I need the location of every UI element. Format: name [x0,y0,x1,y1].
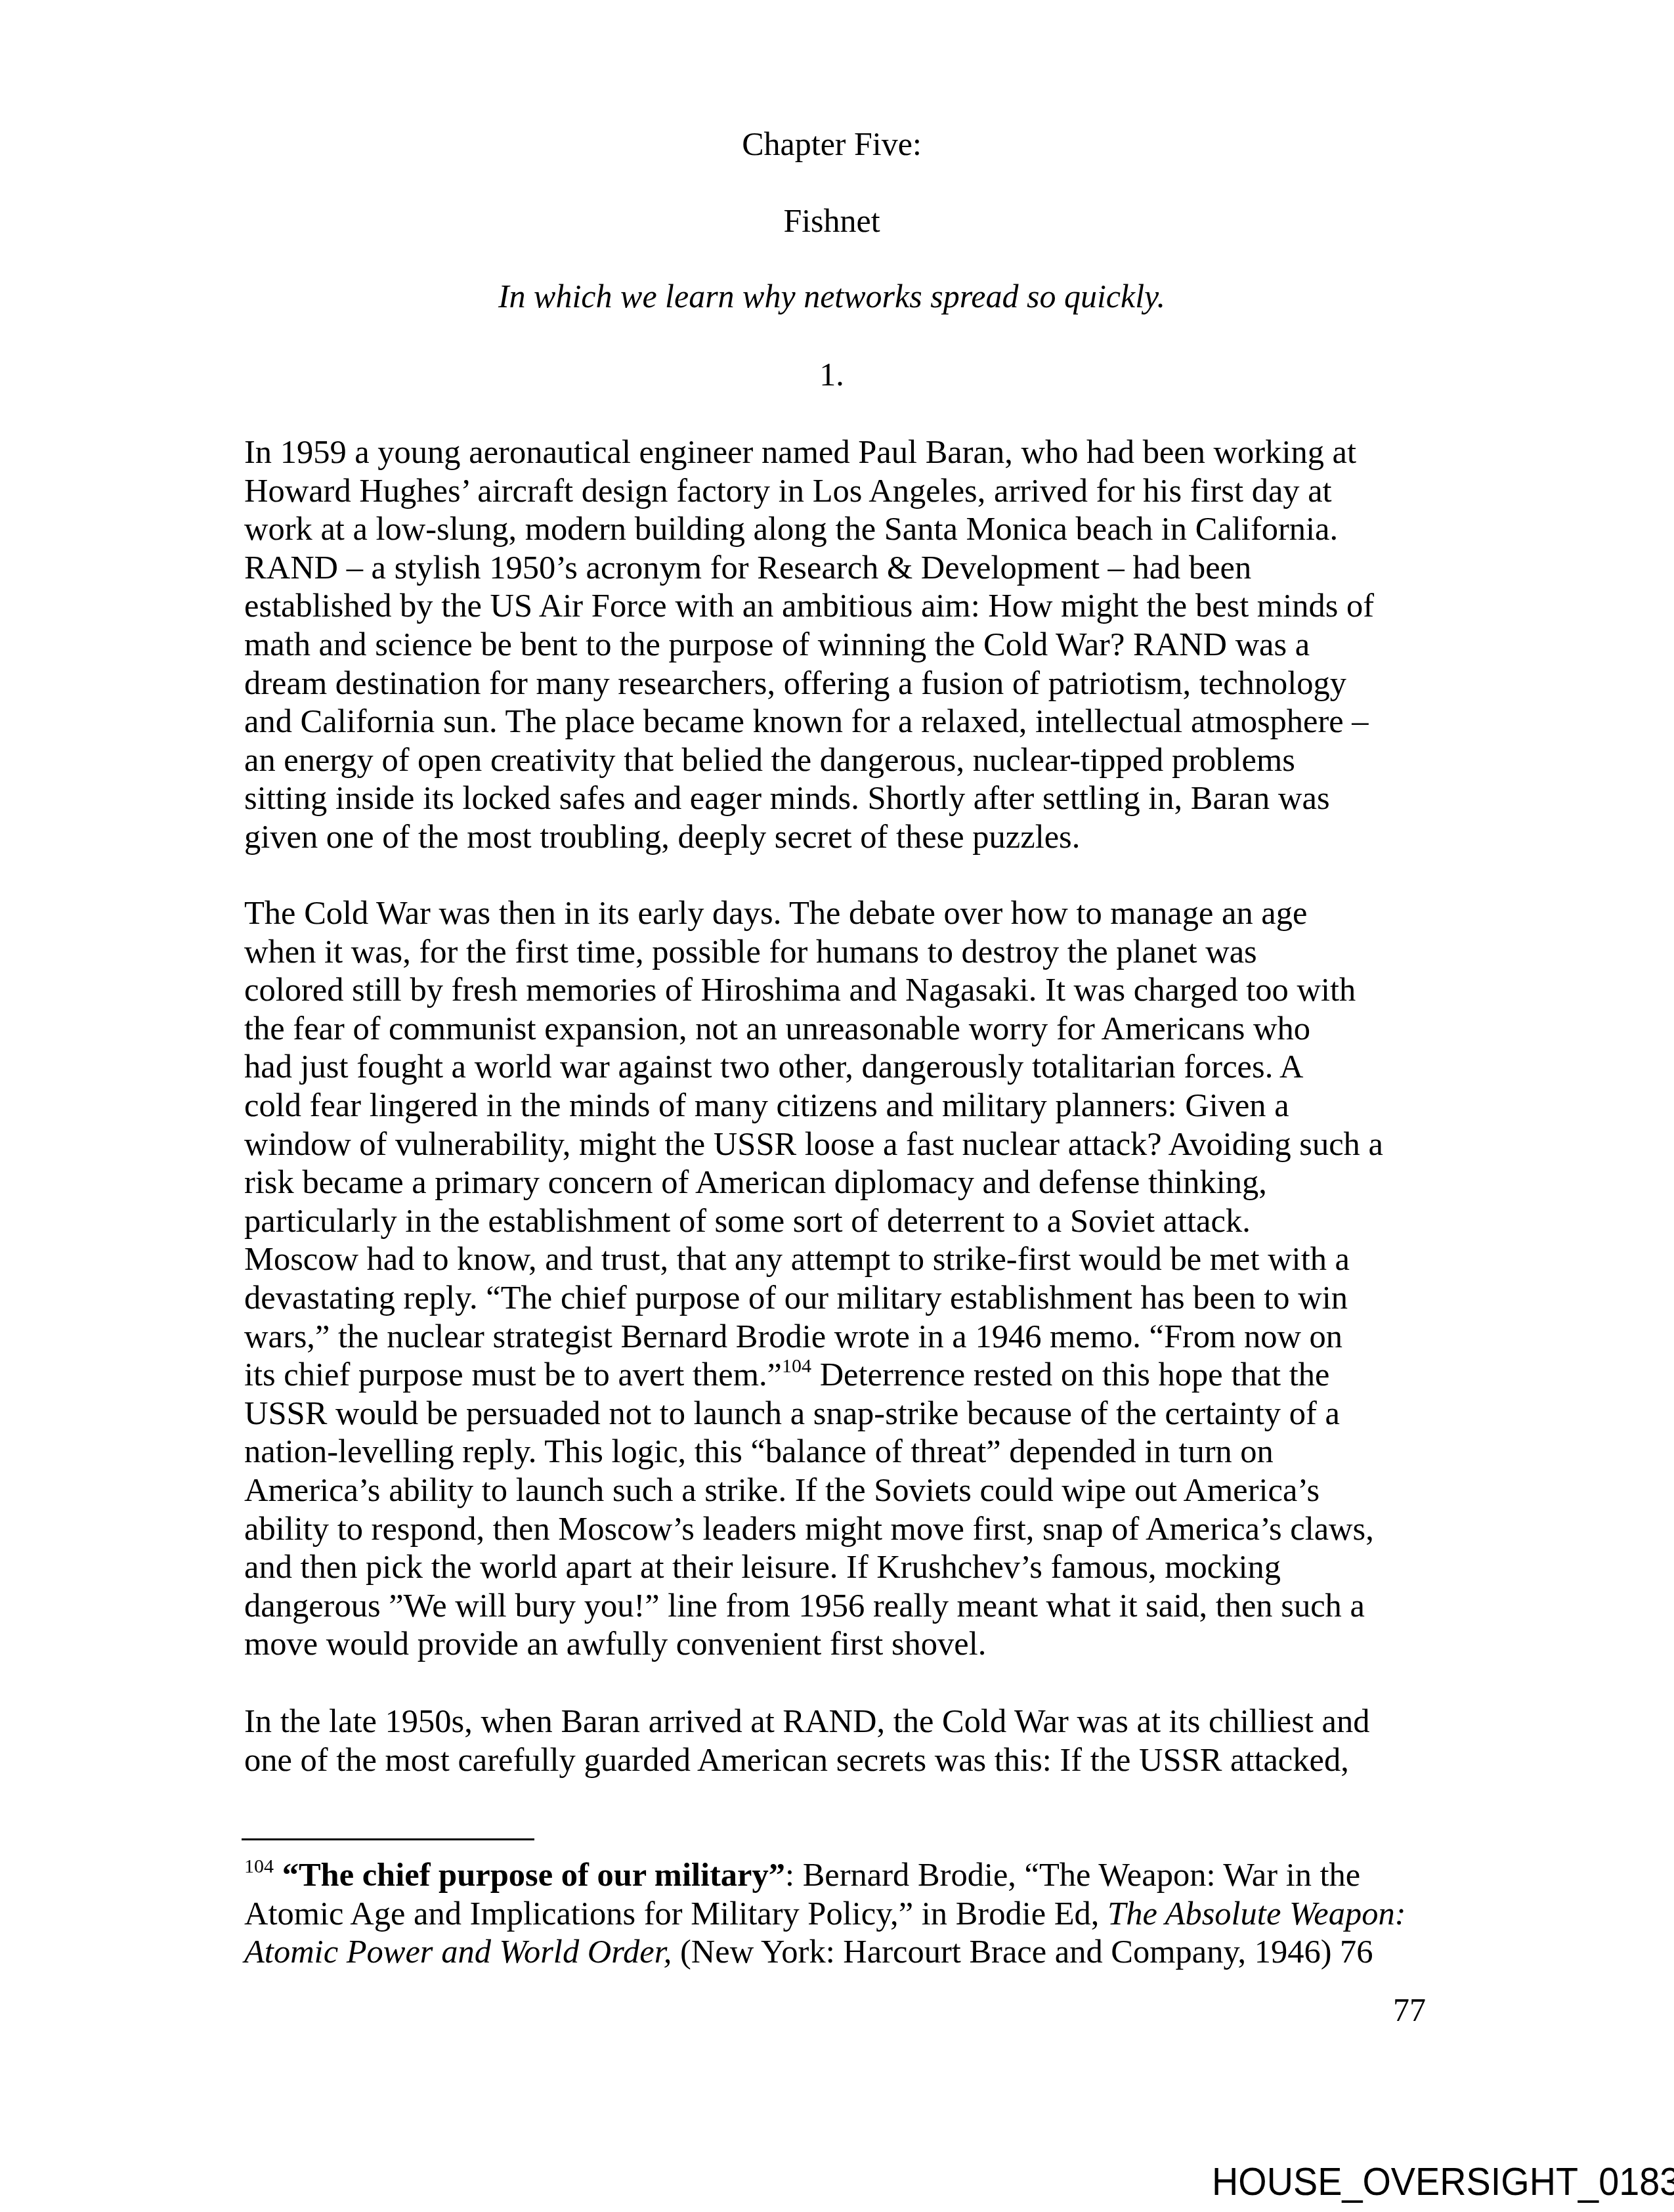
text-line: an energy of open creativity that belied… [244,741,1426,779]
chapter-title: Fishnet [244,202,1419,240]
text-line: move would provide an awfully convenient… [244,1624,1426,1663]
text-line: sitting inside its locked safes and eage… [244,779,1426,817]
chapter-label: Chapter Five: [244,125,1419,163]
footnote-text: : Bernard Brodie, “The Weapon: War in th… [785,1856,1360,1893]
text-line: The Cold War was then in its early days.… [244,894,1426,932]
text-line: window of vulnerability, might the USSR … [244,1125,1426,1163]
document-page: Chapter Five: Fishnet In which we learn … [0,0,1674,2212]
footnote-line: Atomic Power and World Order, (New York:… [244,1932,1426,1971]
text-line: dangerous ”We will bury you!” line from … [244,1586,1426,1625]
footnote-line: 104 “The chief purpose of our military”:… [244,1855,1426,1894]
text-line: In 1959 a young aeronautical engineer na… [244,433,1426,471]
paragraph: In 1959 a young aeronautical engineer na… [244,433,1426,856]
text-line: RAND – a stylish 1950’s acronym for Rese… [244,548,1426,587]
text-line: when it was, for the first time, possibl… [244,932,1426,971]
footnote-book-title: The Absolute Weapon: [1107,1895,1406,1932]
footnote-text: (New York: Harcourt Brace and Company, 1… [672,1933,1373,1970]
text-line: nation-levelling reply. This logic, this… [244,1432,1426,1471]
text-line: America’s ability to launch such a strik… [244,1471,1426,1509]
text-line: risk became a primary concern of America… [244,1163,1426,1202]
text-line: one of the most carefully guarded Americ… [244,1741,1426,1779]
chapter-subtitle: In which we learn why networks spread so… [244,277,1419,315]
text-line: wars,” the nuclear strategist Bernard Br… [244,1317,1426,1356]
text-line: math and science be bent to the purpose … [244,625,1426,664]
text-segment: its chief purpose must be to avert them.… [244,1356,782,1393]
text-line: the fear of communist expansion, not an … [244,1009,1426,1048]
text-line: USSR would be persuaded not to launch a … [244,1394,1426,1433]
footnotes: 104 “The chief purpose of our military”:… [244,1855,1426,1971]
footnote-separator [242,1838,534,1840]
text-line: and then pick the world apart at their l… [244,1548,1426,1586]
text-line: particularly in the establishment of som… [244,1202,1426,1240]
text-line: Howard Hughes’ aircraft design factory i… [244,471,1426,510]
text-line: Moscow had to know, and trust, that any … [244,1240,1426,1278]
text-line: established by the US Air Force with an … [244,586,1426,625]
text-line: devastating reply. “The chief purpose of… [244,1278,1426,1317]
text-line: colored still by fresh memories of Hiros… [244,970,1426,1009]
bates-stamp: HOUSE_OVERSIGHT_018309 [1212,2160,1627,2203]
paragraph: In the late 1950s, when Baran arrived at… [244,1702,1426,1779]
text-line: work at a low-slung, modern building alo… [244,510,1426,548]
text-line: ability to respond, then Moscow’s leader… [244,1509,1426,1548]
text-line: In the late 1950s, when Baran arrived at… [244,1702,1426,1741]
footnote-reference-link[interactable]: 104 [782,1355,811,1377]
footnote-104: 104 “The chief purpose of our military”:… [244,1855,1426,1971]
paragraph: The Cold War was then in its early days.… [244,894,1426,1663]
text-line: had just fought a world war against two … [244,1047,1426,1086]
text-line: cold fear lingered in the minds of many … [244,1086,1426,1125]
text-line: and California sun. The place became kno… [244,702,1426,741]
footnote-book-title: Atomic Power and World Order, [244,1933,672,1970]
section-number: 1. [244,355,1419,393]
text-line: dream destination for many researchers, … [244,664,1426,703]
footnote-line: Atomic Age and Implications for Military… [244,1894,1426,1933]
text-line-with-footnote: its chief purpose must be to avert them.… [244,1355,1426,1394]
text-line: given one of the most troubling, deeply … [244,817,1426,856]
footnote-lead: “The chief purpose of our military” [282,1856,785,1893]
page-number: 77 [1352,1991,1426,2029]
footnote-number: 104 [244,1855,274,1877]
footnote-text: Atomic Age and Implications for Military… [244,1895,1107,1932]
text-segment: Deterrence rested on this hope that the [811,1356,1329,1393]
